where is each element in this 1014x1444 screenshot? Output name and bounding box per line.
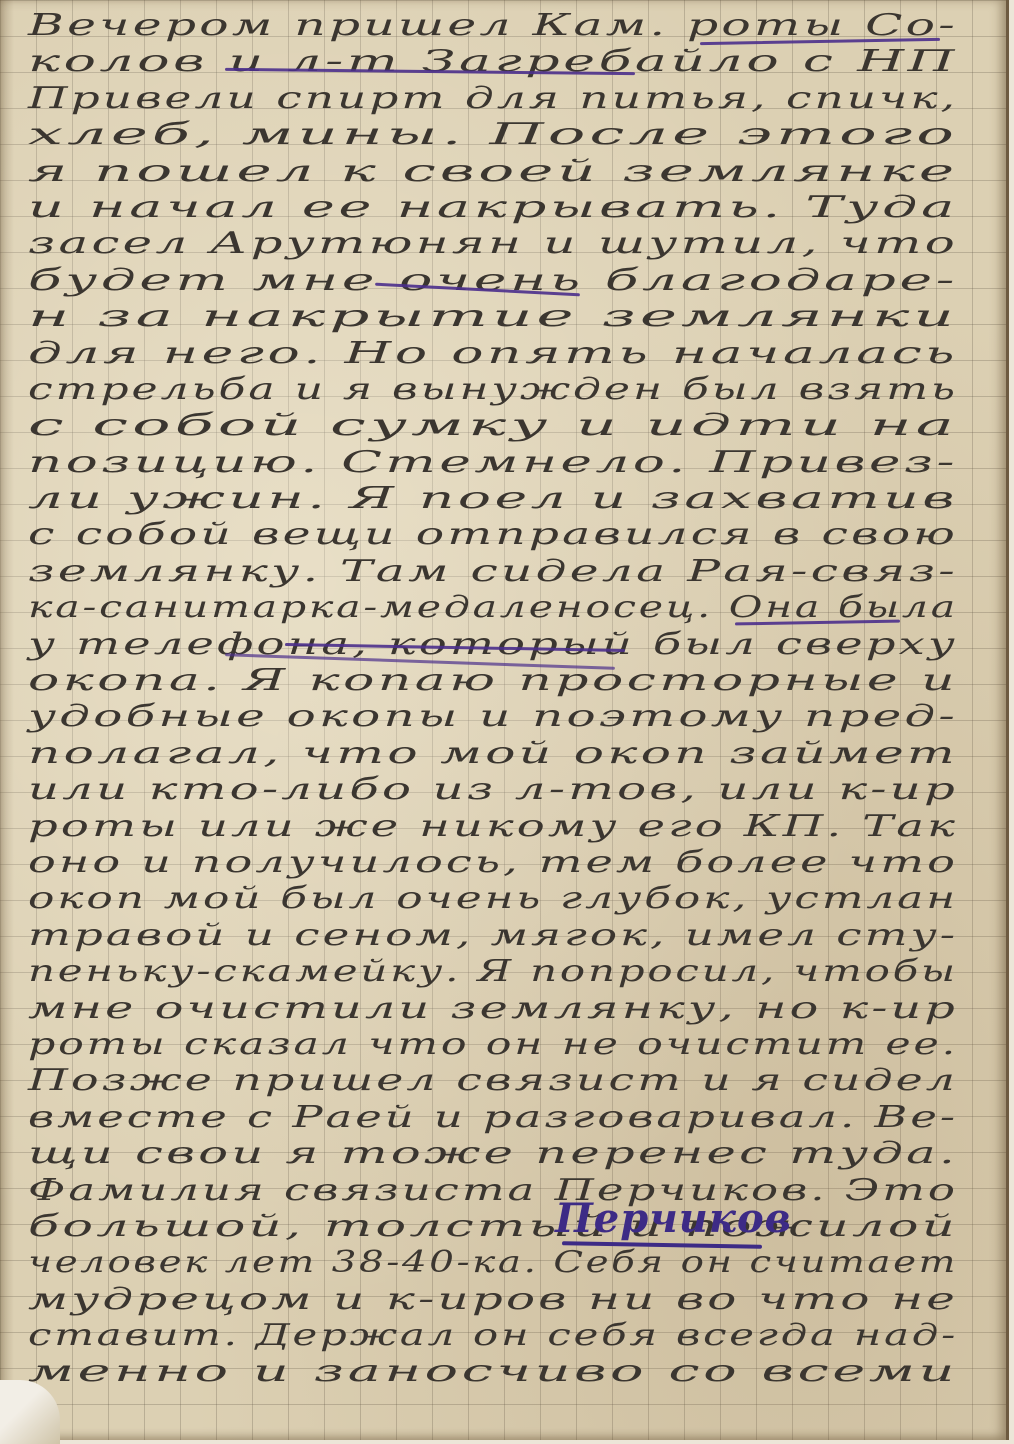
text-line: пеньку-скамейку. Я попросил, чтобы xyxy=(28,954,1014,990)
text-line: ли ужин. Я поел и захватив xyxy=(28,481,1014,517)
text-line: стрельба и я вынужден был взять xyxy=(28,372,1014,408)
text-line: вместе с Раей и разговаривал. Ве- xyxy=(28,1100,1014,1136)
text-line: мудрецом и к-иров ни во что не xyxy=(28,1282,1014,1318)
text-line: роты сказал что он не очистит ее. xyxy=(28,1027,1014,1063)
text-line: и начал ее накрывать. Туда xyxy=(28,190,1014,226)
text-line: или кто-либо из л-тов, или к-ир xyxy=(28,772,1014,808)
text-line: щи свои я тоже перенес туда. xyxy=(28,1136,1014,1172)
name-stamp-annotation: Перчиков xyxy=(555,1195,792,1242)
text-line: травой и сеном, мягок, имел сту- xyxy=(28,918,1014,954)
text-line: хлеб, мины. После этого xyxy=(28,117,1014,153)
text-line: ставит. Держал он себя всегда над- xyxy=(28,1318,1014,1354)
text-line: окопа. Я копаю просторные и xyxy=(28,663,1014,699)
text-line: землянку. Там сидела Рая-связ- xyxy=(28,554,1014,590)
text-line: большой, толстый и пожилой xyxy=(28,1209,1014,1245)
text-line: будет мне очень благодаре- xyxy=(28,263,1014,299)
text-line: н за накрытие землянки xyxy=(28,299,1014,335)
text-line: Привели спирт для питья, спичк, xyxy=(28,81,1014,117)
notebook-page: Вечером пришел Кам. роты Со- колов и л-т… xyxy=(0,0,1009,1440)
text-line: позицию. Стемнело. Привез- xyxy=(28,445,1014,481)
handwritten-text: Вечером пришел Кам. роты Со- колов и л-т… xyxy=(28,8,978,1391)
text-line: удобные окопы и поэтому пред- xyxy=(28,699,1014,735)
text-line: роты или же никому его КП. Так xyxy=(28,809,1014,845)
text-line: полагал, что мой окоп займет xyxy=(28,736,1014,772)
text-line: я пошел к своей землянке xyxy=(28,154,1014,190)
text-line: колов и л-т Загребайло с НП xyxy=(28,44,1014,80)
text-line: Позже пришел связист и я сидел xyxy=(28,1063,1014,1099)
text-line: мне очистили землянку, но к-ир xyxy=(28,991,1014,1027)
text-line: с собой сумку и идти на xyxy=(28,408,1014,444)
text-line: окоп мой был очень глубок, устлан xyxy=(28,881,1014,917)
text-line: человек лет 38-40-ка. Себя он считает xyxy=(28,1245,1014,1281)
text-line: Фамилия связиста Перчиков. Это xyxy=(28,1173,1014,1209)
text-line: менно и заносчиво со всеми xyxy=(28,1354,1014,1390)
text-line: для него. Но опять началась xyxy=(28,336,1014,372)
text-line: с собой вещи отправился в свою xyxy=(28,517,1014,553)
text-line: засел Арутюнян и шутил, что xyxy=(28,226,1014,262)
text-line: оно и получилось, тем более что xyxy=(28,845,1014,881)
text-line: у телефона, который был сверху xyxy=(28,627,1014,663)
